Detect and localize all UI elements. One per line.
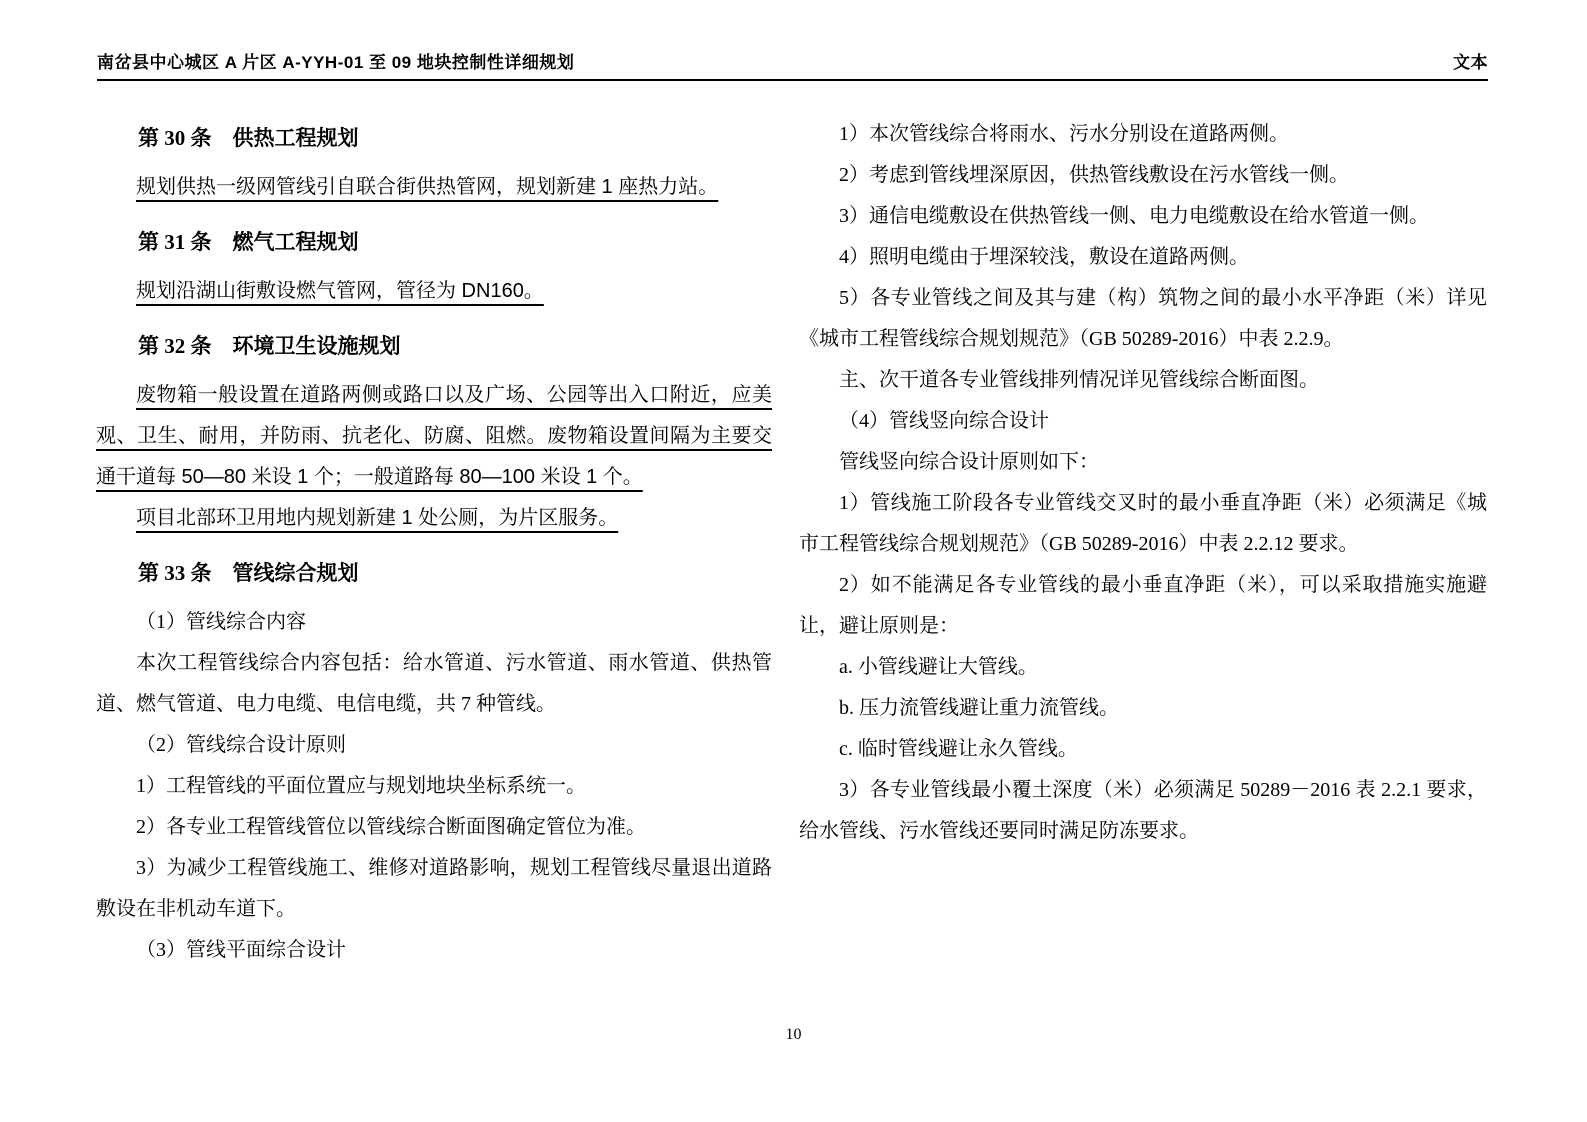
paragraph: （1）管线综合内容: [96, 602, 772, 643]
paragraph: 项目北部环卫用地内规划新建 1 处公厕，为片区服务。: [96, 498, 772, 539]
article-heading: 第 33 条 管线综合规划: [96, 553, 772, 594]
article-heading: 第 30 条 供热工程规划: [96, 118, 772, 159]
paragraph: 5）各专业管线之间及其与建（构）筑物之间的最小水平净距（米）详见《城市工程管线综…: [799, 278, 1487, 360]
left-column: 第 30 条 供热工程规划规划供热一级网管线引自联合街供热管网，规划新建 1 座…: [96, 104, 772, 971]
header-title: 南岔县中心城区 A 片区 A-YYH-01 至 09 地块控制性详细规划: [97, 48, 574, 73]
header-doc-type: 文本: [1453, 48, 1488, 73]
paragraph: （2）管线综合设计原则: [96, 725, 772, 766]
page-header: 南岔县中心城区 A 片区 A-YYH-01 至 09 地块控制性详细规划 文本: [97, 48, 1488, 81]
page-number: 10: [0, 1026, 1587, 1044]
paragraph: 本次工程管线综合内容包括：给水管道、污水管道、雨水管道、供热管道、燃气管道、电力…: [96, 643, 772, 725]
paragraph: 2）如不能满足各专业管线的最小垂直净距（米），可以采取措施实施避让，避让原则是：: [799, 565, 1487, 647]
paragraph: b. 压力流管线避让重力流管线。: [799, 688, 1487, 729]
right-column: 1）本次管线综合将雨水、污水分别设在道路两侧。2）考虑到管线埋深原因，供热管线敷…: [799, 114, 1487, 852]
paragraph: 1）工程管线的平面位置应与规划地块坐标系统一。: [96, 766, 772, 807]
paragraph: 主、次干道各专业管线排列情况详见管线综合断面图。: [799, 360, 1487, 401]
paragraph: 废物箱一般设置在道路两侧或路口以及广场、公园等出入口附近，应美观、卫生、耐用，并…: [96, 375, 772, 498]
paragraph: 1）本次管线综合将雨水、污水分别设在道路两侧。: [799, 114, 1487, 155]
paragraph: 3）通信电缆敷设在供热管线一侧、电力电缆敷设在给水管道一侧。: [799, 196, 1487, 237]
paragraph: a. 小管线避让大管线。: [799, 647, 1487, 688]
paragraph: c. 临时管线避让永久管线。: [799, 729, 1487, 770]
article-heading: 第 32 条 环境卫生设施规划: [96, 326, 772, 367]
paragraph: 1）管线施工阶段各专业管线交叉时的最小垂直净距（米）必须满足《城市工程管线综合规…: [799, 483, 1487, 565]
paragraph: 管线竖向综合设计原则如下：: [799, 442, 1487, 483]
paragraph: （3）管线平面综合设计: [96, 930, 772, 971]
document-page: 南岔县中心城区 A 片区 A-YYH-01 至 09 地块控制性详细规划 文本 …: [0, 0, 1587, 1122]
article-heading: 第 31 条 燃气工程规划: [96, 222, 772, 263]
paragraph: 3）为减少工程管线施工、维修对道路影响，规划工程管线尽量退出道路敷设在非机动车道…: [96, 848, 772, 930]
paragraph: （4）管线竖向综合设计: [799, 401, 1487, 442]
paragraph: 规划供热一级网管线引自联合街供热管网，规划新建 1 座热力站。: [96, 167, 772, 208]
paragraph: 规划沿湖山街敷设燃气管网，管径为 DN160。: [96, 271, 772, 312]
paragraph: 4）照明电缆由于埋深较浅，敷设在道路两侧。: [799, 237, 1487, 278]
paragraph: 3）各专业管线最小覆土深度（米）必须满足 50289－2016 表 2.2.1 …: [799, 770, 1487, 852]
paragraph: 2）各专业工程管线管位以管线综合断面图确定管位为准。: [96, 807, 772, 848]
paragraph: 2）考虑到管线埋深原因，供热管线敷设在污水管线一侧。: [799, 155, 1487, 196]
